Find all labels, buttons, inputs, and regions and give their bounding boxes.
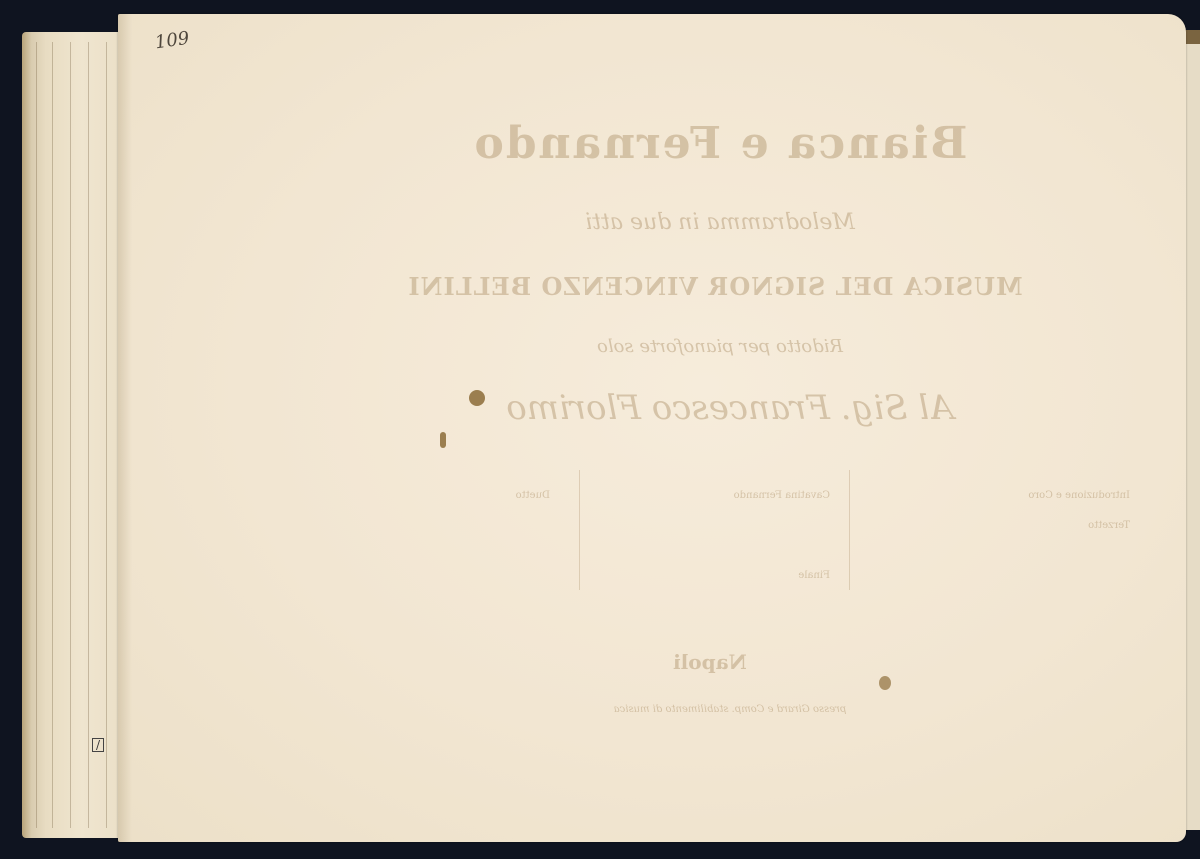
- table-row: Finale: [798, 570, 830, 581]
- page-edge-line: [52, 42, 53, 828]
- show-through-dedication: Ridotto per pianoforte solo: [430, 336, 1010, 357]
- table-divider: [579, 470, 580, 590]
- page-gutter: [118, 14, 132, 842]
- edge-mark: /: [92, 738, 104, 752]
- show-through-subtitle: Melodramma in due atti: [470, 210, 970, 235]
- table-divider: [849, 470, 850, 590]
- book-photo: 109 / Bianca e Fernando Melodramma in du…: [0, 0, 1200, 859]
- show-through-dedicatee: Al Sig. Francesco Florimo: [470, 388, 990, 428]
- show-through-composer: MUSICA DEL SIGNOR VINCENZO BELLINI: [390, 272, 1040, 301]
- table-row: Cavatina Fernando: [734, 490, 830, 501]
- table-row: Introduzione e Coro: [1028, 490, 1130, 501]
- show-through-imprint: presso Girard e Comp. stabilimento di mu…: [470, 704, 990, 715]
- show-through-title: Bianca e Fernando: [380, 118, 1060, 169]
- show-through-contents-table: Introduzione e Coro Cavatina Fernando Du…: [270, 470, 1150, 600]
- ink-stain: [440, 432, 446, 448]
- show-through-place: Napoli: [640, 650, 780, 674]
- ink-stain: [879, 676, 891, 690]
- page-edge-line: [88, 42, 89, 828]
- ink-stain: [469, 390, 485, 406]
- page-edge-line: [106, 42, 107, 828]
- table-row: Terzetto: [1088, 520, 1130, 531]
- page-edge-line: [70, 42, 71, 828]
- table-row: Duetto: [516, 490, 550, 501]
- page-edge-line: [36, 42, 37, 828]
